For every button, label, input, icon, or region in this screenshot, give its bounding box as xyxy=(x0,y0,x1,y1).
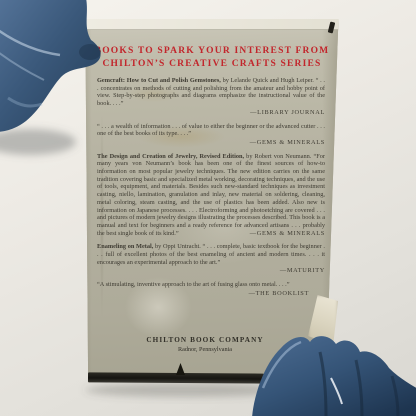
book-shadow xyxy=(85,383,285,397)
cover-header-line1: BOOKS TO SPARK YOUR INTEREST FROM xyxy=(92,45,332,58)
publisher-imprint: CHILTON BOOK COMPANY Radnor, Pennsylvani… xyxy=(84,336,326,353)
review-title: Enameling on Metal, xyxy=(97,243,153,250)
hand-shadow xyxy=(0,129,76,155)
book-block-bottom-edge xyxy=(88,372,264,383)
book-code: 0-8019-5916-0 xyxy=(286,366,320,372)
review-attribution: —THE BOOKLIST xyxy=(97,290,325,298)
photo-scene: BOOKS TO SPARK YOUR INTEREST FROM CHILTO… xyxy=(0,0,416,416)
review-title: The Design and Creation of Jewelry, Revi… xyxy=(97,153,244,160)
cover-header: BOOKS TO SPARK YOUR INTEREST FROM CHILTO… xyxy=(92,45,332,71)
review-enameling-on-metal: Enameling on Metal, by Oppi Untracht. “ … xyxy=(97,243,325,275)
review-attribution: —MATURITY xyxy=(97,267,325,275)
review-gemcraft: Gemcraft: How to Cut and Polish Gemstone… xyxy=(97,77,325,117)
publisher-name: CHILTON BOOK COMPANY xyxy=(84,336,326,344)
review-body: “ . . . a wealth of information . . . of… xyxy=(97,123,325,138)
publisher-location: Radnor, Pennsylvania xyxy=(84,346,326,353)
review-booklist-quote: “A stimulating, inventive approach to th… xyxy=(97,281,325,297)
review-design-creation-jewelry: The Design and Creation of Jewelry, Revi… xyxy=(97,153,325,238)
review-attribution: —LIBRARY JOURNAL xyxy=(97,109,325,117)
book-back-cover: BOOKS TO SPARK YOUR INTEREST FROM CHILTO… xyxy=(84,19,340,375)
review-blurbs: Gemcraft: How to Cut and Polish Gemstone… xyxy=(97,77,325,298)
review-body: “A stimulating, inventive approach to th… xyxy=(97,281,290,288)
cover-header-line2: CHILTON’S CREATIVE CRAFTS SERIES xyxy=(92,58,332,71)
jacket-top-edge xyxy=(84,19,340,30)
review-title: Gemcraft: How to Cut and Polish Gemstone… xyxy=(97,77,221,84)
review-body: by Robert von Neumann. “For many years v… xyxy=(97,153,325,237)
review-attribution: —GEMS & MINERALS xyxy=(97,139,325,147)
review-gems-minerals-quote: “ . . . a wealth of information . . . of… xyxy=(97,123,325,147)
